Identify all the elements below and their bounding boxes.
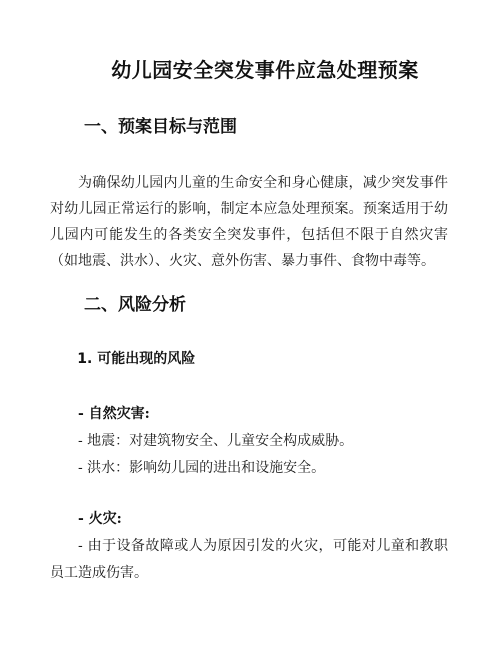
- section-1-paragraph: 为确保幼儿园内儿童的生命安全和身心健康，减少突发事件对幼儿园正常运行的影响，制定…: [50, 170, 448, 274]
- document-page: 幼儿园安全突发事件应急处理预案 一、预案目标与范围 为确保幼儿园内儿童的生命安全…: [0, 0, 500, 647]
- document-content: 一、预案目标与范围 为确保幼儿园内儿童的生命安全和身心健康，减少突发事件对幼儿园…: [0, 115, 500, 587]
- risk-subheading: 1. 可能出现的风险: [50, 349, 448, 369]
- risk-group-fire: - 火灾: - 由于设备故障或人为原因引发的火灾，可能对儿童和教职员工造成伤害。: [50, 506, 448, 587]
- risk-group-natural-disaster: - 自然灾害: - 地震：对建筑物安全、儿童安全构成威胁。 - 洪水：影响幼儿园…: [50, 401, 448, 482]
- section-2-heading: 二、风险分析: [50, 293, 448, 317]
- document-title: 幼儿园安全突发事件应急处理预案: [0, 56, 500, 84]
- risk-group-fire-label: - 火灾:: [50, 506, 448, 533]
- section-1-heading: 一、预案目标与范围: [50, 115, 448, 139]
- risk-group-natural-disaster-label: - 自然灾害:: [50, 401, 448, 428]
- risk-item-fire-description: - 由于设备故障或人为原因引发的火灾，可能对儿童和教职员工造成伤害。: [50, 533, 448, 587]
- risk-item-earthquake: - 地震：对建筑物安全、儿童安全构成威胁。: [50, 428, 448, 455]
- risk-item-flood: - 洪水：影响幼儿园的进出和设施安全。: [50, 455, 448, 482]
